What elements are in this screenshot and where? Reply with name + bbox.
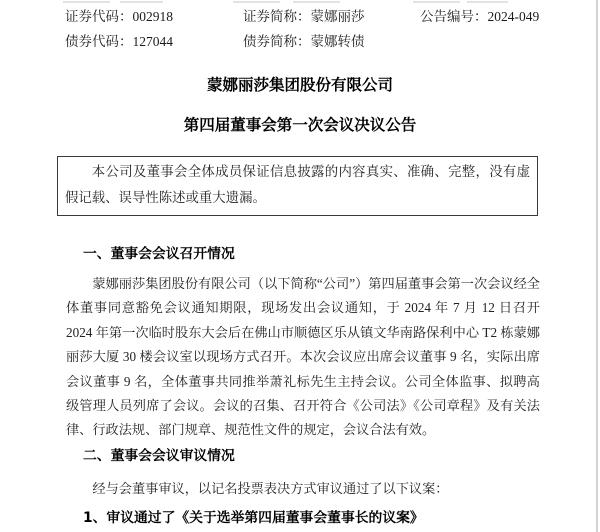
- bond-abbreviation: 债券简称：蒙娜转债: [243, 34, 420, 49]
- disclaimer-box: 本公司及董事会全体成员保证信息披露的内容真实、准确、完整，没有虚假记载、误导性陈…: [57, 156, 538, 216]
- resolution-item-1: 1、审议通过了《关于选举第四届董事会董事长的议案》: [83, 510, 424, 526]
- announcement-page: 证券代码：002918 证券简称：蒙娜丽莎 公告编号：2024-049 债券代码…: [0, 0, 600, 532]
- announcement-title: 第四届董事会第一次会议决议公告: [0, 117, 600, 134]
- stock-code: 证券代码：002918: [65, 9, 243, 24]
- page-right-edge-line: [596, 0, 598, 532]
- section-1-paragraph: 蒙娜丽莎集团股份有限公司（以下简称“公司”）第四届董事会第一次会议经全体董事同意…: [66, 272, 540, 443]
- section-1-heading: 一、董事会会议召开情况: [83, 247, 235, 262]
- header-row-1: 证券代码：002918 证券简称：蒙娜丽莎 公告编号：2024-049: [65, 9, 555, 24]
- header-row-2: 债券代码：127044 债券简称：蒙娜转债: [65, 34, 555, 49]
- section-2-paragraph: 经与会董事审议，以记名投票表决方式审议通过了以下议案：: [66, 477, 540, 501]
- bond-code: 债券代码：127044: [65, 34, 243, 49]
- company-name-title: 蒙娜丽莎集团股份有限公司: [0, 77, 600, 94]
- disclaimer-text: 本公司及董事会全体成员保证信息披露的内容真实、准确、完整，没有虚假记载、误导性陈…: [65, 159, 530, 211]
- section-2-heading: 二、董事会会议审议情况: [83, 449, 235, 464]
- stock-abbreviation: 证券简称：蒙娜丽莎: [243, 9, 420, 24]
- announcement-number: 公告编号：2024-049: [420, 9, 555, 24]
